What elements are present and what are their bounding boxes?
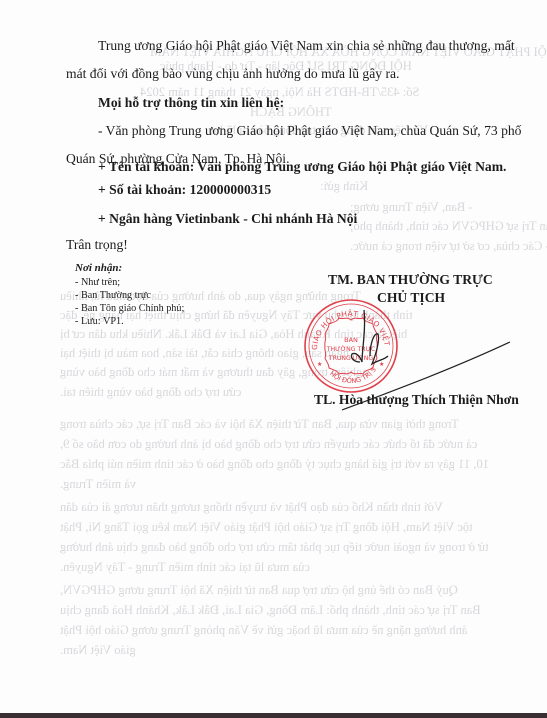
recipient-item: - Ban Tôn giáo Chính phủ; xyxy=(75,302,184,315)
bleed-through-line: cứu trợ cho đồng bào vùng thiên tai. xyxy=(60,382,241,402)
paragraph-line: mát đối với đồng bào vùng chịu ảnh hưởng… xyxy=(66,66,399,82)
recipients-heading: Nơi nhận: xyxy=(75,262,122,275)
bleed-through-line: ảnh hưởng nặng nề của mưa lũ hoặc gửi về… xyxy=(60,620,467,640)
bleed-through-line: Ban Trị sự các tỉnh, thành phố: Lâm Đồng… xyxy=(60,600,481,620)
recipient-item: - Lưu: VP1. xyxy=(75,315,124,328)
paragraph-line: Trung ương Giáo hội Phật giáo Việt Nam x… xyxy=(98,38,515,54)
recipient-item: - Ban Thường trực xyxy=(75,289,151,302)
bleed-through-line: và miền Trung. xyxy=(60,474,136,494)
bleed-through-line: giáo Việt Nam. xyxy=(60,640,136,660)
scanned-document-page: GIÁO HỘI PHẬT GIÁO VIỆT NAM CỘNG HÒA XÃ … xyxy=(0,0,547,718)
bleed-through-line: - Ban, Viện Trung ương; xyxy=(350,197,473,217)
bleed-through-line: của mưa lũ tại các tỉnh miền Trung - Tây… xyxy=(60,557,310,577)
bleed-through-line: tử ở trong và ngoài nước tiếp tục phát t… xyxy=(60,537,488,557)
bleed-through-line: 10, 11 gây ra với trị giá hàng chục tỷ đ… xyxy=(60,454,489,474)
recipient-item: - Như trên; xyxy=(75,276,120,289)
address-line: - Văn phòng Trung ương Giáo hội Phật giá… xyxy=(98,123,521,139)
account-name: + Tên tài khoản: Văn phòng Trung ương Gi… xyxy=(98,159,506,175)
signature-title: TM. BAN THƯỜNG TRỰC xyxy=(328,272,493,288)
bank-name: + Ngân hàng Vietinbank - Chi nhánh Hà Nộ… xyxy=(98,211,357,227)
bleed-through-line: cả nước đã tổ chức các chuyến cứu trợ ch… xyxy=(60,434,477,454)
signer-name: TL. Hòa thượng Thích Thiện Nhơn xyxy=(314,392,519,408)
closing-text: Trân trọng! xyxy=(66,237,128,253)
svg-text:★: ★ xyxy=(317,361,322,368)
bleed-through-line: Kính gửi: xyxy=(320,176,368,196)
bleed-through-line: - Các chùa, cơ sở tự viện trong cả nước. xyxy=(350,236,547,256)
bleed-through-line: Với tinh thần Khổ của đạo Phật và truyền… xyxy=(60,497,443,517)
account-number: + Số tài khoản: 120000000315 xyxy=(98,182,271,198)
contact-heading: Mọi hỗ trợ thông tin xin liên hệ: xyxy=(98,95,284,111)
scan-edge xyxy=(0,713,547,718)
bleed-through-line: tộc Việt Nam, Hội đồng Trị sự Giáo hội P… xyxy=(60,517,473,537)
bleed-through-line: - Ban Trị sự GHPGVN các tỉnh, thành phố; xyxy=(350,216,547,236)
bleed-through-line: Quý Ban có thể ủng hộ cứu trợ qua Ban từ… xyxy=(60,580,458,600)
